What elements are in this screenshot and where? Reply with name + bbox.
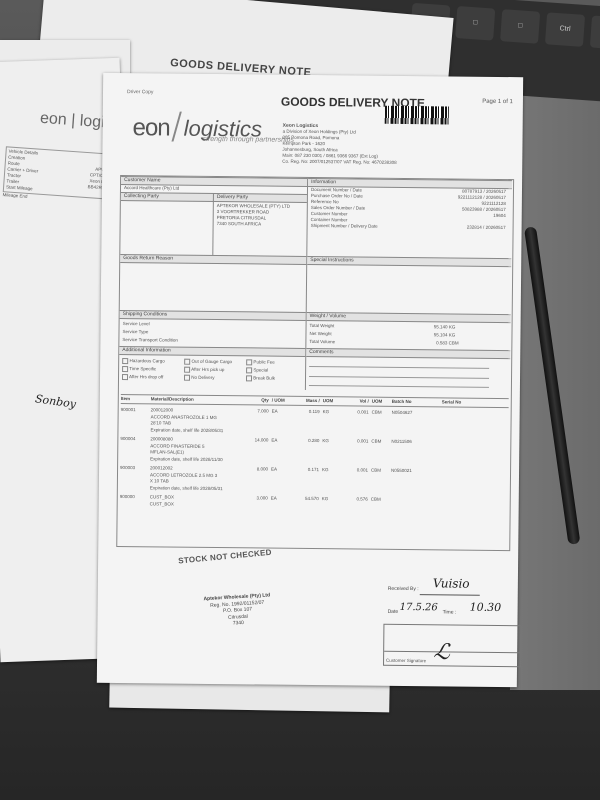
goods-delivery-note: Driver Copy GOODS DELIVERY NOTE Page 1 o…	[97, 73, 523, 687]
checkbox[interactable]	[184, 358, 190, 364]
keyboard-key: ←	[590, 15, 600, 50]
shipping-conditions-rows: Service Level Service Type Service Trans…	[122, 320, 178, 345]
table-row: 900000CUST_BOX3.000EA54.570KG0.576CBM CU…	[120, 494, 508, 511]
delivery-party-header: Delivery Party	[214, 193, 307, 203]
checkbox[interactable]	[122, 374, 128, 380]
info-row: Shipment Number / Delivery Date232814 / …	[311, 223, 506, 231]
keyboard-key: □	[500, 9, 540, 44]
special-instructions-header: Special Instructions	[307, 256, 511, 267]
date-value: 17.5.26	[400, 602, 438, 613]
checkbox[interactable]	[122, 358, 128, 364]
goods-return-reason-header: Goods Return Reason	[120, 254, 306, 265]
checkbox[interactable]	[184, 374, 190, 380]
collecting-party-header: Collecting Party	[121, 192, 217, 202]
time-value: 10.30	[470, 601, 502, 614]
items-table-header: Item Material/Description Qty / UOM Mass…	[121, 394, 509, 408]
received-by-label: Received By :	[388, 586, 419, 592]
checkbox[interactable]	[246, 367, 252, 373]
signature-label: Customer Signature	[386, 658, 426, 663]
logo-eon: eon	[132, 114, 169, 141]
delivery-party-address: APTEKOR WHOLESALE (PTY) LTD 3 VOORTREKKE…	[217, 203, 290, 228]
table-row: 9000032000120028.000EA0.171KG0.001CBMN05…	[120, 465, 508, 495]
weight-volume-rows: Total Weight55.140 KG Net Weight55.104 K…	[309, 322, 469, 348]
page-indicator: Page 1 of 1	[482, 99, 513, 105]
keyboard-key: Ctrl	[545, 12, 585, 47]
additional-information-header: Additional Information	[119, 346, 305, 357]
barcode-icon	[385, 106, 449, 125]
vehicle-details: Vehicle Details Creation RouteAPWAI Carr…	[2, 146, 113, 205]
checkbox[interactable]	[246, 359, 252, 365]
logo-separator	[172, 112, 182, 142]
form-frame: Customer Name Accord Healthcare (Pty) Lt…	[116, 175, 514, 551]
checkbox[interactable]	[246, 375, 252, 381]
table-row: 90000420000808014.000EA0.280KG0.001CBMN0…	[120, 436, 508, 466]
received-by-value: Vuisio	[433, 576, 470, 590]
date-label: Date	[388, 609, 399, 615]
customer-name-value: Accord Healthcare (Pty) Ltd	[124, 185, 179, 192]
keyboard-key: □	[455, 6, 495, 41]
additional-options: Hazardous Cargo Out of Gauge Cargo Publi…	[122, 357, 307, 383]
copy-label: Driver Copy	[127, 89, 153, 95]
signature-mark: ℒ	[432, 638, 452, 665]
checkbox[interactable]	[122, 366, 128, 372]
table-row: 9000012000120007.000EA0.119KG0.001CBMN05…	[120, 407, 508, 437]
items-table: Item Material/Description Qty / UOM Mass…	[120, 394, 509, 511]
time-label: Time :	[443, 609, 457, 615]
company-address: Xeon Logistics a Division of Xeon Holdin…	[282, 123, 397, 166]
company-tagline: strength through partnerships	[202, 136, 294, 144]
stock-not-checked-stamp: STOCK NOT CHECKED	[178, 548, 272, 567]
supplier-address: Aptekor Wholesale (Pty) Ltd Reg. No. 199…	[177, 591, 299, 631]
comments-header: Comments	[306, 348, 510, 359]
information-rows: Document Number / Date80787913 / 2026051…	[311, 187, 506, 231]
checkbox[interactable]	[184, 366, 190, 372]
customer-signature-box: Customer Signature ℒ	[383, 624, 521, 667]
